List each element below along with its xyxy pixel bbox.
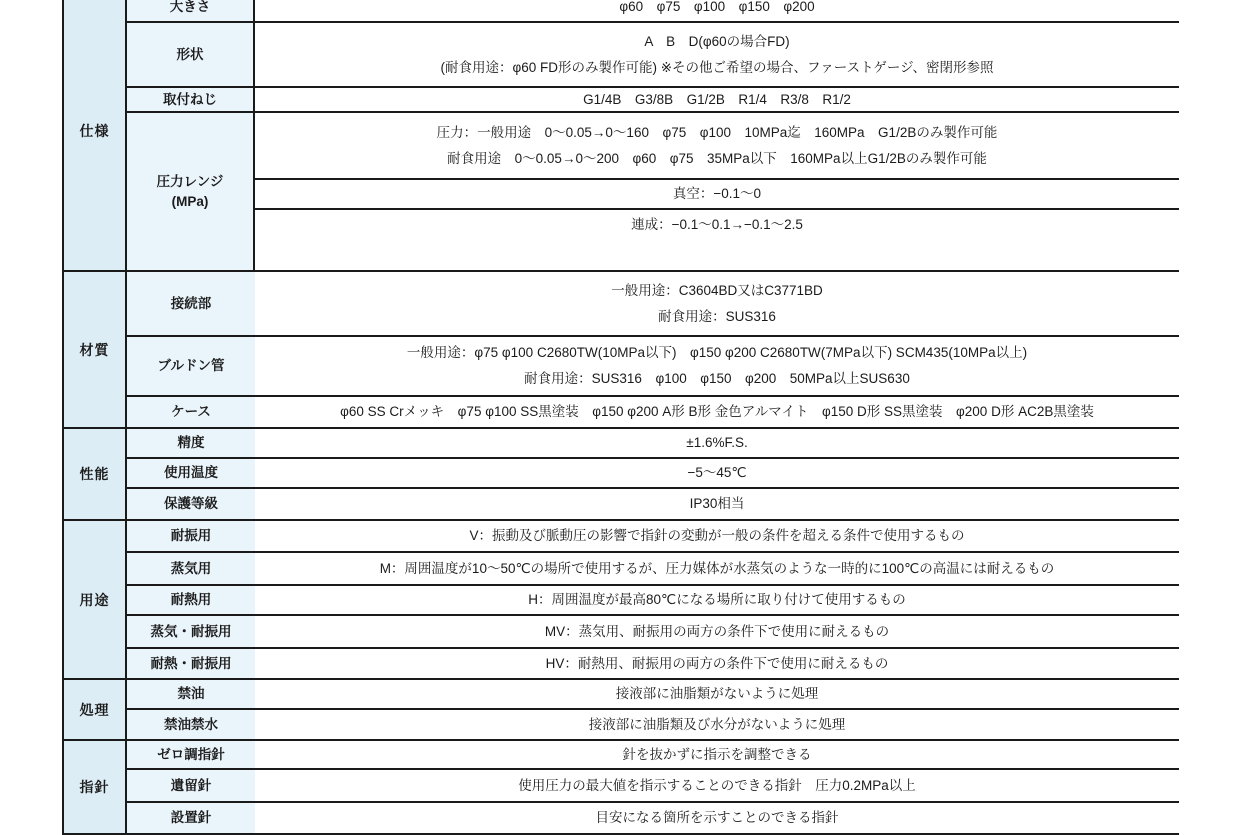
row-value: 一般用途：φ75 φ100 C2680TW(10MPa以下) φ150 φ200… [255, 337, 1179, 395]
category-cell: 仕様 [64, 0, 127, 270]
row-label: ゼロ調指針 [127, 741, 255, 768]
value-line: 圧力：一般用途 0～0.05→0～160 φ75 φ100 10MPa迄 160… [437, 120, 998, 146]
value-line: 真空：−0.1～0 [673, 181, 761, 207]
row-label-line: 圧力レンジ [157, 172, 224, 192]
section-rows: ゼロ調指針 針を抜かずに指示を調整できる 遺留針 使用圧力の最大値を指示すること… [127, 741, 1179, 805]
section-rows: 禁油 接液部に油脂類がないように処理 禁油禁水 接液部に油脂類及び水分がないよう… [127, 680, 1179, 739]
value-line: H：周囲温度が最高80℃になる場所に取り付けて使用するもの [528, 587, 905, 613]
table-row: 大きさ φ60 φ75 φ100 φ150 φ200 [127, 0, 1179, 23]
row-value: MV：蒸気用、耐振用の両方の条件下で使用に耐えるもの [255, 616, 1179, 647]
value-line: 使用圧力の最大値を指示することのできる指針 圧力0.2MPa以上 [518, 773, 916, 799]
table-row: 取付ねじ G1/4B G3/8B G1/2B R1/4 R3/8 R1/2 [127, 88, 1179, 113]
value-line: V：振動及び脈動圧の影響で指針の変動が一般の条件を超える条件で使用するもの [469, 523, 964, 549]
section-rows: 大きさ φ60 φ75 φ100 φ150 φ200 形状 A B D(φ60の… [127, 0, 1179, 270]
subrow-pressure: 圧力：一般用途 0～0.05→0～160 φ75 φ100 10MPa迄 160… [255, 113, 1179, 180]
row-label-line: (MPa) [172, 192, 209, 212]
row-label: 禁油 [127, 680, 255, 708]
value-line: A B D(φ60の場合FD) [644, 29, 789, 55]
row-value: −5～45℃ [255, 459, 1179, 487]
row-label: 大きさ [127, 0, 255, 21]
table-row: 使用温度 −5～45℃ [127, 459, 1179, 489]
table-row: 禁油禁水 接液部に油脂類及び水分がないように処理 [127, 710, 1179, 739]
value-line: 耐食用途：SUS316 [658, 304, 776, 330]
value-line: 接液部に油脂類及び水分がないように処理 [589, 712, 846, 738]
row-value: 針を抜かずに指示を調整できる [255, 741, 1179, 768]
category-cell: 処理 [64, 680, 127, 739]
value-line: 耐食用途：SUS316 φ100 φ150 φ200 50MPa以上SUS630 [524, 366, 910, 392]
category-cell: 指針 [64, 741, 127, 805]
row-label: 取付ねじ [127, 88, 255, 111]
table-row: 蒸気用 M：周囲温度が10～50℃の場所で使用するが、圧力媒体が水蒸気のような一… [127, 553, 1179, 586]
value-line: MV：蒸気用、耐振用の両方の条件下で使用に耐えるもの [545, 619, 889, 645]
table-row-pressure-range: 圧力レンジ (MPa) 圧力：一般用途 0～0.05→0～160 φ75 φ10… [127, 113, 1179, 270]
value-line: φ60 SS Crメッキ φ75 φ100 SS黒塗装 φ150 φ200 A形… [340, 399, 1094, 425]
row-label: 保護等級 [127, 489, 255, 519]
row-label: 禁油禁水 [127, 710, 255, 739]
value-line: 一般用途：C3604BD又はC3771BD [611, 278, 823, 304]
row-value: φ60 SS Crメッキ φ75 φ100 SS黒塗装 φ150 φ200 A形… [255, 397, 1179, 427]
table-row: 接続部 一般用途：C3604BD又はC3771BD 耐食用途：SUS316 [127, 272, 1179, 337]
row-label: 使用温度 [127, 459, 255, 487]
table-row: 耐熱・耐振用 HV：耐熱用、耐振用の両方の条件下で使用に耐えるもの [127, 649, 1179, 678]
value-line: 一般用途：φ75 φ100 C2680TW(10MPa以下) φ150 φ200… [407, 340, 1027, 366]
value-line: 針を抜かずに指示を調整できる [623, 742, 812, 768]
subrow-vacuum: 真空：−0.1～0 [255, 180, 1179, 210]
table-row: 耐振用 V：振動及び脈動圧の影響で指針の変動が一般の条件を超える条件で使用するも… [127, 521, 1179, 553]
section-shishin: 指針 ゼロ調指針 針を抜かずに指示を調整できる 遺留針 使用圧力の最大値を指示す… [62, 741, 1179, 805]
pressure-subrows: 圧力：一般用途 0～0.05→0～160 φ75 φ100 10MPa迄 160… [255, 113, 1179, 270]
table-row: 耐熱用 H：周囲温度が最高80℃になる場所に取り付けて使用するもの [127, 586, 1179, 616]
section-zaishitsu: 材質 接続部 一般用途：C3604BD又はC3771BD 耐食用途：SUS316… [62, 272, 1179, 429]
row-label: 耐熱用 [127, 586, 255, 614]
value-line: 接液部に油脂類がないように処理 [616, 681, 819, 707]
category-cell: 性能 [64, 429, 127, 519]
value-line: ±1.6%F.S. [686, 430, 747, 456]
row-label: ブルドン管 [127, 337, 255, 395]
row-label: ケース [127, 397, 255, 427]
value-line: IP30相当 [690, 491, 745, 517]
row-value: M：周囲温度が10～50℃の場所で使用するが、圧力媒体が水蒸気のような一時的に1… [255, 553, 1179, 584]
table-row: 蒸気・耐振用 MV：蒸気用、耐振用の両方の条件下で使用に耐えるもの [127, 616, 1179, 649]
row-value: 接液部に油脂類及び水分がないように処理 [255, 710, 1179, 739]
category-cell: 材質 [64, 272, 127, 427]
table-row: ゼロ調指針 針を抜かずに指示を調整できる [127, 741, 1179, 770]
row-label: 耐振用 [127, 521, 255, 551]
row-value: ±1.6%F.S. [255, 429, 1179, 457]
row-value: H：周囲温度が最高80℃になる場所に取り付けて使用するもの [255, 586, 1179, 614]
row-value: 接液部に油脂類がないように処理 [255, 680, 1179, 708]
value-line: 連成：−0.1～0.1→−0.1～2.5 [631, 212, 803, 238]
row-label: 形状 [127, 23, 255, 86]
row-value: IP30相当 [255, 489, 1179, 519]
table-row: 保護等級 IP30相当 [127, 489, 1179, 519]
table-row: ケース φ60 SS Crメッキ φ75 φ100 SS黒塗装 φ150 φ20… [127, 397, 1179, 427]
row-value: 一般用途：C3604BD又はC3771BD 耐食用途：SUS316 [255, 272, 1179, 335]
section-shori: 処理 禁油 接液部に油脂類がないように処理 禁油禁水 接液部に油脂類及び水分がな… [62, 680, 1179, 741]
table-row: 形状 A B D(φ60の場合FD) (耐食用途：φ60 FD形のみ製作可能) … [127, 23, 1179, 88]
row-value: G1/4B G3/8B G1/2B R1/4 R3/8 R1/2 [255, 88, 1179, 111]
row-value: φ60 φ75 φ100 φ150 φ200 [255, 0, 1179, 21]
row-value: V：振動及び脈動圧の影響で指針の変動が一般の条件を超える条件で使用するもの [255, 521, 1179, 551]
spec-table: 仕様 大きさ φ60 φ75 φ100 φ150 φ200 形状 A B D(φ… [62, 0, 1179, 805]
value-line: −5～45℃ [687, 460, 746, 486]
row-label: 接続部 [127, 272, 255, 335]
row-label: 蒸気・耐振用 [127, 616, 255, 647]
table-row: 禁油 接液部に油脂類がないように処理 [127, 680, 1179, 710]
value-line: G1/4B G3/8B G1/2B R1/4 R3/8 R1/2 [583, 87, 851, 113]
section-shiyou: 仕様 大きさ φ60 φ75 φ100 φ150 φ200 形状 A B D(φ… [62, 0, 1179, 272]
category-cell: 用途 [64, 521, 127, 678]
value-line: (耐食用途：φ60 FD形のみ製作可能) ※その他ご希望の場合、ファーストゲージ… [440, 55, 993, 81]
row-value: HV：耐熱用、耐振用の両方の条件下で使用に耐えるもの [255, 649, 1179, 678]
row-label: 耐熱・耐振用 [127, 649, 255, 678]
section-rows: 接続部 一般用途：C3604BD又はC3771BD 耐食用途：SUS316 ブル… [127, 272, 1179, 427]
section-rows: 耐振用 V：振動及び脈動圧の影響で指針の変動が一般の条件を超える条件で使用するも… [127, 521, 1179, 678]
table-row: 遺留針 使用圧力の最大値を指示することのできる指針 圧力0.2MPa以上 [127, 770, 1179, 803]
value-line: 耐食用途 0～0.05→0～200 φ60 φ75 35MPa以下 160MPa… [447, 146, 987, 172]
value-line: φ60 φ75 φ100 φ150 φ200 [619, 0, 814, 20]
row-value: 使用圧力の最大値を指示することのできる指針 圧力0.2MPa以上 [255, 770, 1179, 801]
row-label: 圧力レンジ (MPa) [127, 113, 255, 270]
section-seinou: 性能 精度 ±1.6%F.S. 使用温度 −5～45℃ 保護等級 IP30相当 [62, 429, 1179, 521]
row-label: 蒸気用 [127, 553, 255, 584]
row-label: 遺留針 [127, 770, 255, 801]
row-label: 精度 [127, 429, 255, 457]
section-youto: 用途 耐振用 V：振動及び脈動圧の影響で指針の変動が一般の条件を超える条件で使用… [62, 521, 1179, 680]
table-row: 精度 ±1.6%F.S. [127, 429, 1179, 459]
section-rows: 精度 ±1.6%F.S. 使用温度 −5～45℃ 保護等級 IP30相当 [127, 429, 1179, 519]
table-row: ブルドン管 一般用途：φ75 φ100 C2680TW(10MPa以下) φ15… [127, 337, 1179, 397]
value-line: M：周囲温度が10～50℃の場所で使用するが、圧力媒体が水蒸気のような一時的に1… [380, 556, 1055, 582]
subrow-compound: 連成：−0.1～0.1→−0.1～2.5 [255, 210, 1179, 240]
row-value: A B D(φ60の場合FD) (耐食用途：φ60 FD形のみ製作可能) ※その… [255, 23, 1179, 86]
value-line: HV：耐熱用、耐振用の両方の条件下で使用に耐えるもの [546, 651, 889, 677]
